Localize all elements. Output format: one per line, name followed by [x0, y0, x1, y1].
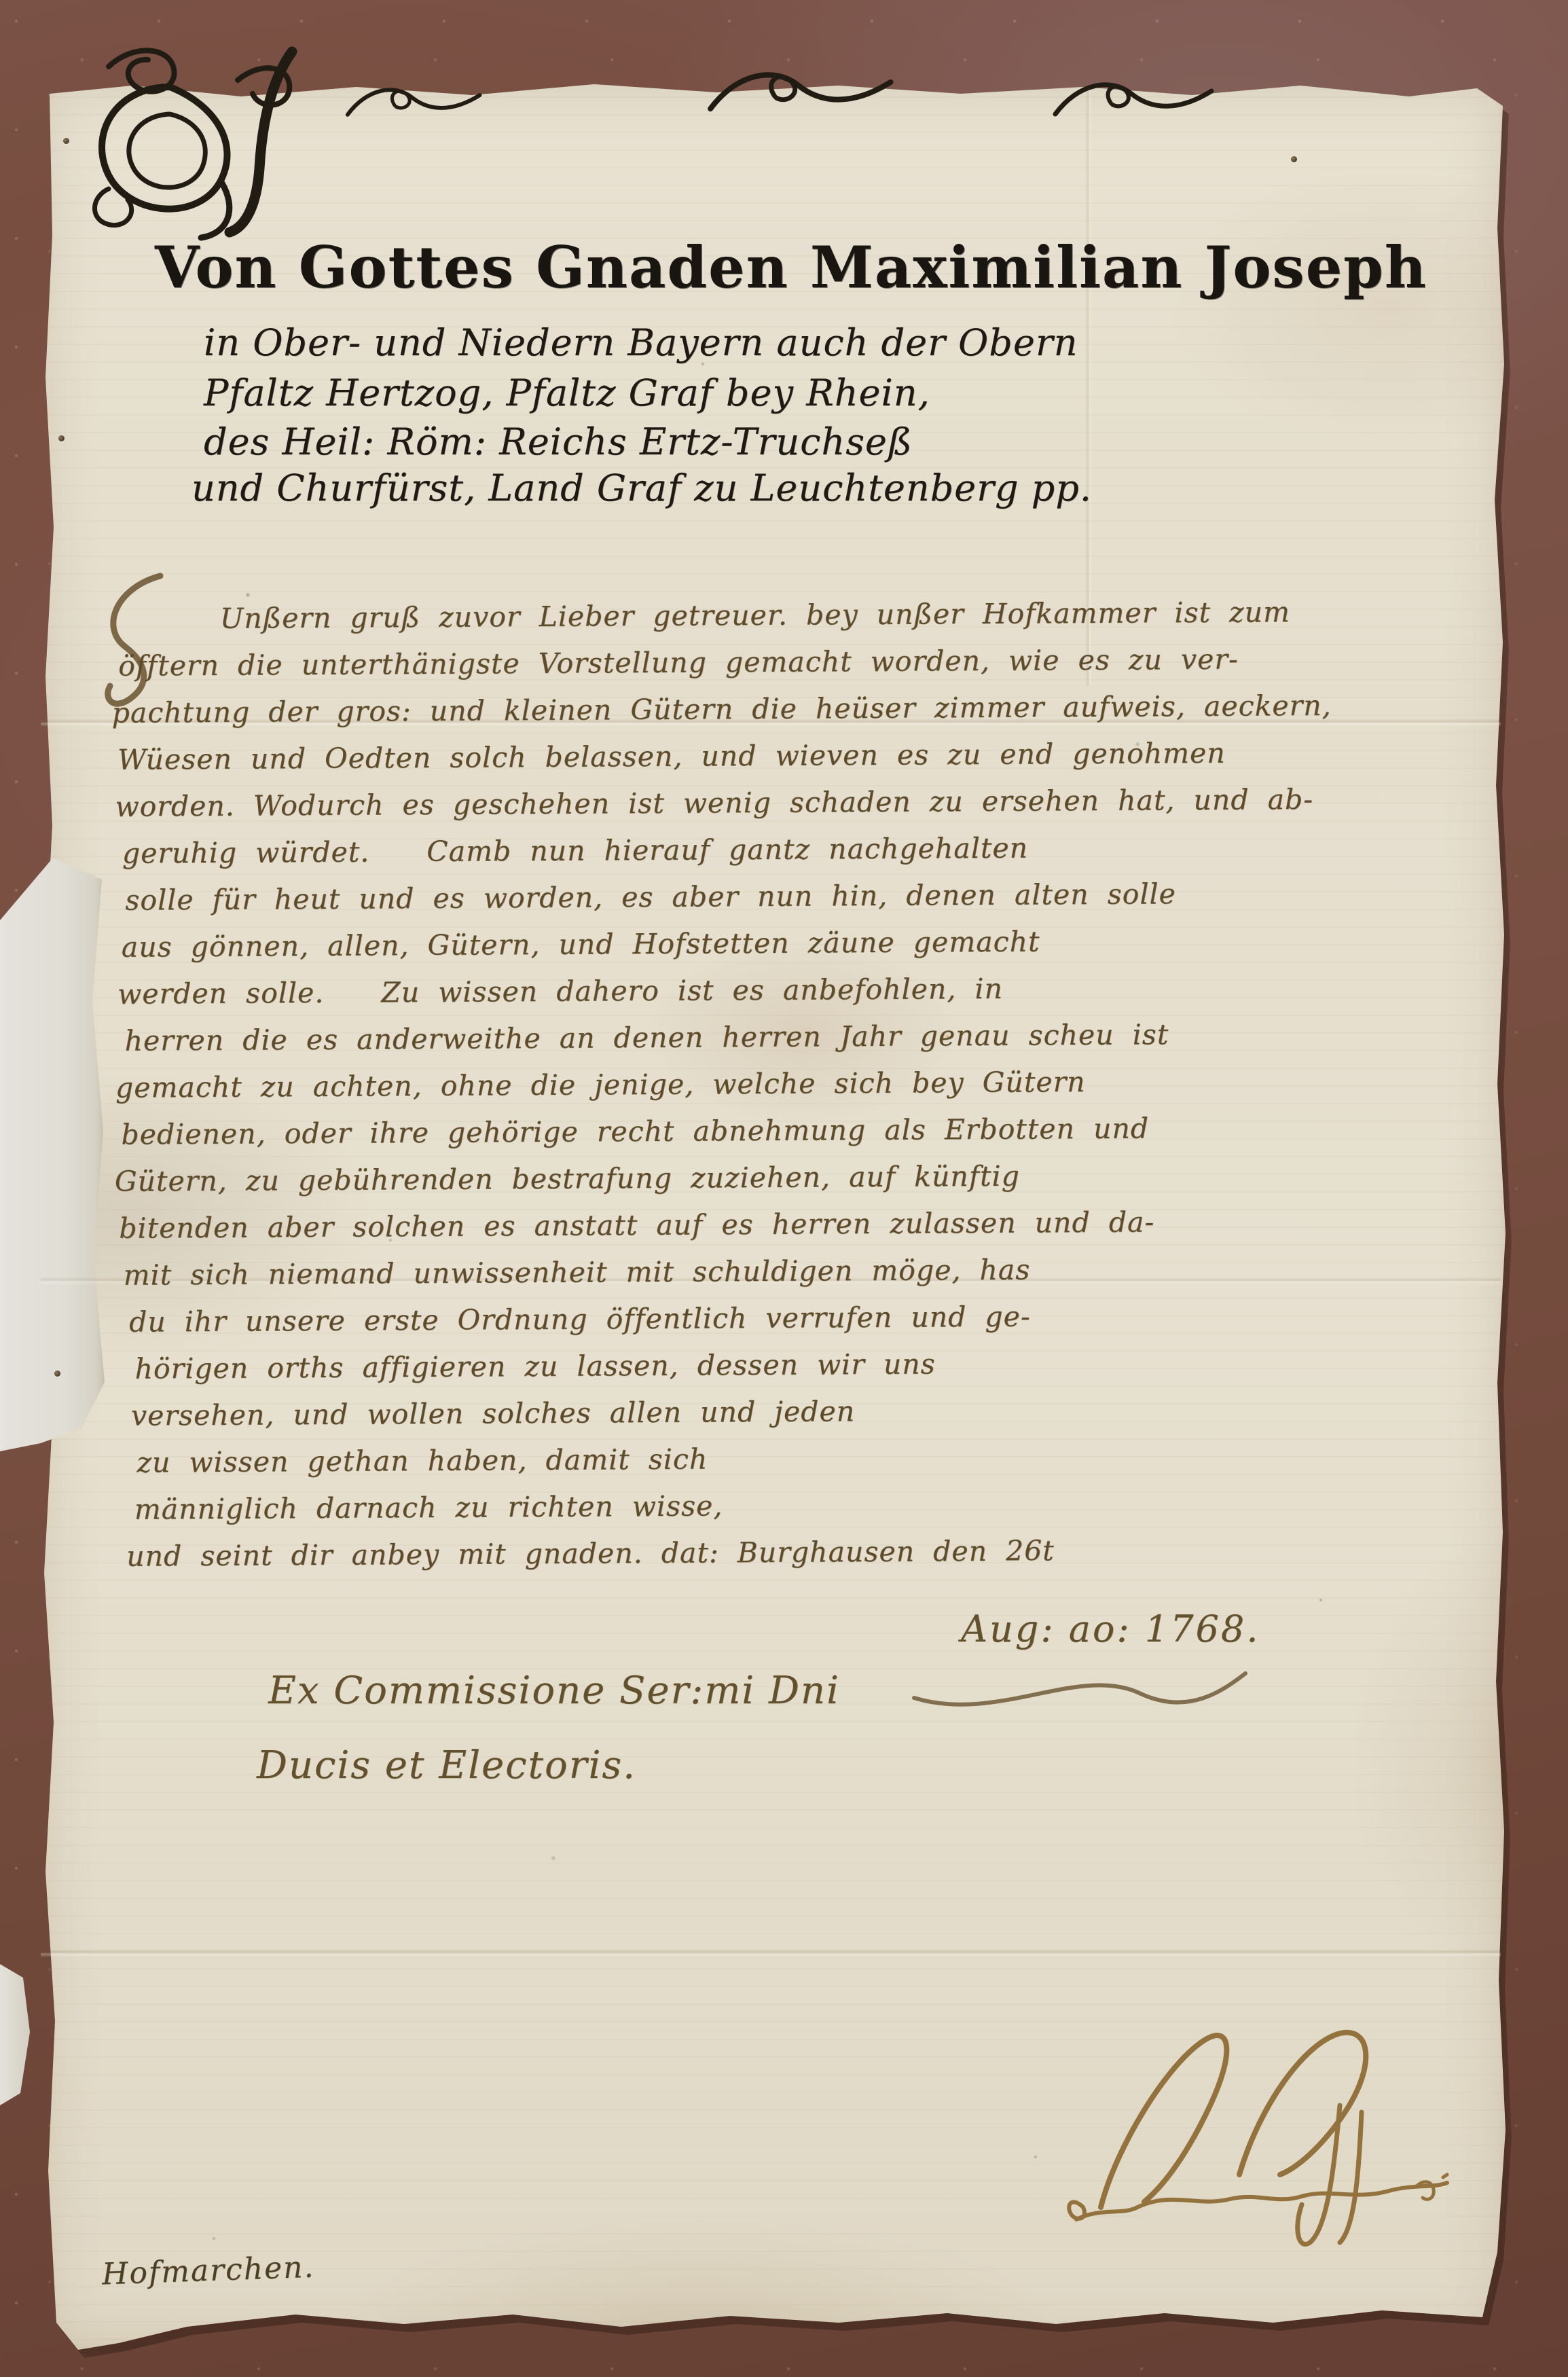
body-line: öfftern die unterthänigste Vorstellung g… — [118, 635, 1408, 690]
body-line: solle für heut und es worden, es aber nu… — [125, 869, 1410, 924]
body-line: versehen, und wollen solches allen und j… — [131, 1385, 1413, 1440]
body-line: mit sich niemand unwissenheit mit schuld… — [123, 1244, 1412, 1299]
pinhole — [58, 435, 65, 441]
body-line: bitenden aber solchen es anstatt auf es … — [119, 1197, 1412, 1252]
header-line-2: in Ober- und Niedern Bayern auch der Obe… — [204, 325, 1078, 361]
header-swirl-flourish — [340, 76, 489, 137]
closing-line-2: Ducis et Electoris. — [257, 1747, 636, 1785]
body-line: gemacht zu achten, ohne die jenige, welc… — [115, 1057, 1411, 1112]
dateline-year: Aug: ao: 1768. — [961, 1611, 1260, 1648]
body-line: Gütern, zu gebührenden bestrafung zuzieh… — [115, 1150, 1412, 1205]
header-swirl-flourish — [1046, 71, 1222, 139]
framed-manuscript: Von Gottes Gnaden Maximilian Joseph in O… — [0, 0, 1568, 2377]
signature-flourish — [1036, 2003, 1470, 2262]
header-swirl-flourish — [699, 57, 903, 139]
body-line: worden. Wodurch es geschehen ist wenig s… — [115, 776, 1409, 831]
body-line: und seint dir anbey mit gnaden. dat: Bur… — [126, 1525, 1414, 1580]
body-line: geruhig würdet. Camb nun hierauf gantz n… — [122, 822, 1410, 877]
closing-line-1: Ex Commissione Ser:mi Dni — [268, 1672, 840, 1710]
header-line-5: und Churfürst, Land Graf zu Leuchtenberg… — [192, 470, 1092, 507]
body-line: hörigen orths affigieren zu lassen, dess… — [134, 1338, 1412, 1392]
body-line: männiglich darnach zu richten wisse, — [134, 1478, 1414, 1534]
folded-leaf-flap — [0, 839, 112, 1457]
dateline-underline-flourish — [903, 1650, 1256, 1725]
header-line-3: Pfaltz Hertzog, Pfaltz Graf bey Rhein, — [204, 375, 930, 412]
body-line: du ihr unsere erste Ordnung öffentlich v… — [129, 1291, 1412, 1346]
header-line-4: des Heil: Röm: Reichs Ertz-Truchseß — [204, 424, 913, 460]
body-text: Unßern gruß zuvor Lieber getreuer. bey u… — [111, 588, 1415, 1580]
body-line: pachtung der gros: und kleinen Gütern di… — [111, 682, 1408, 737]
body-line: Wüesen und Oedten solch belassen, und wi… — [117, 729, 1409, 784]
body-line: aus gönnen, allen, Gütern, und Hofstette… — [122, 916, 1410, 971]
fold-crease — [41, 1949, 1501, 1957]
calligraphic-initial-flourish — [68, 39, 340, 243]
body-line: Unßern gruß zuvor Lieber getreuer. bey u… — [220, 588, 1408, 642]
pinhole — [1291, 156, 1297, 162]
marginal-annotation: Hofmarchen. — [101, 2253, 315, 2290]
body-line: bedienen, oder ihre gehörige recht abneh… — [121, 1104, 1411, 1159]
header-line-1: Von Gottes Gnaden Maximilian Joseph — [155, 239, 1427, 296]
pinhole — [54, 1371, 60, 1377]
body-line: werden solle. Zu wissen dahero ist es an… — [117, 963, 1410, 1018]
body-line: zu wissen gethan haben, damit sich — [136, 1432, 1413, 1486]
body-line: herren die es anderweithe an denen herre… — [124, 1010, 1410, 1065]
